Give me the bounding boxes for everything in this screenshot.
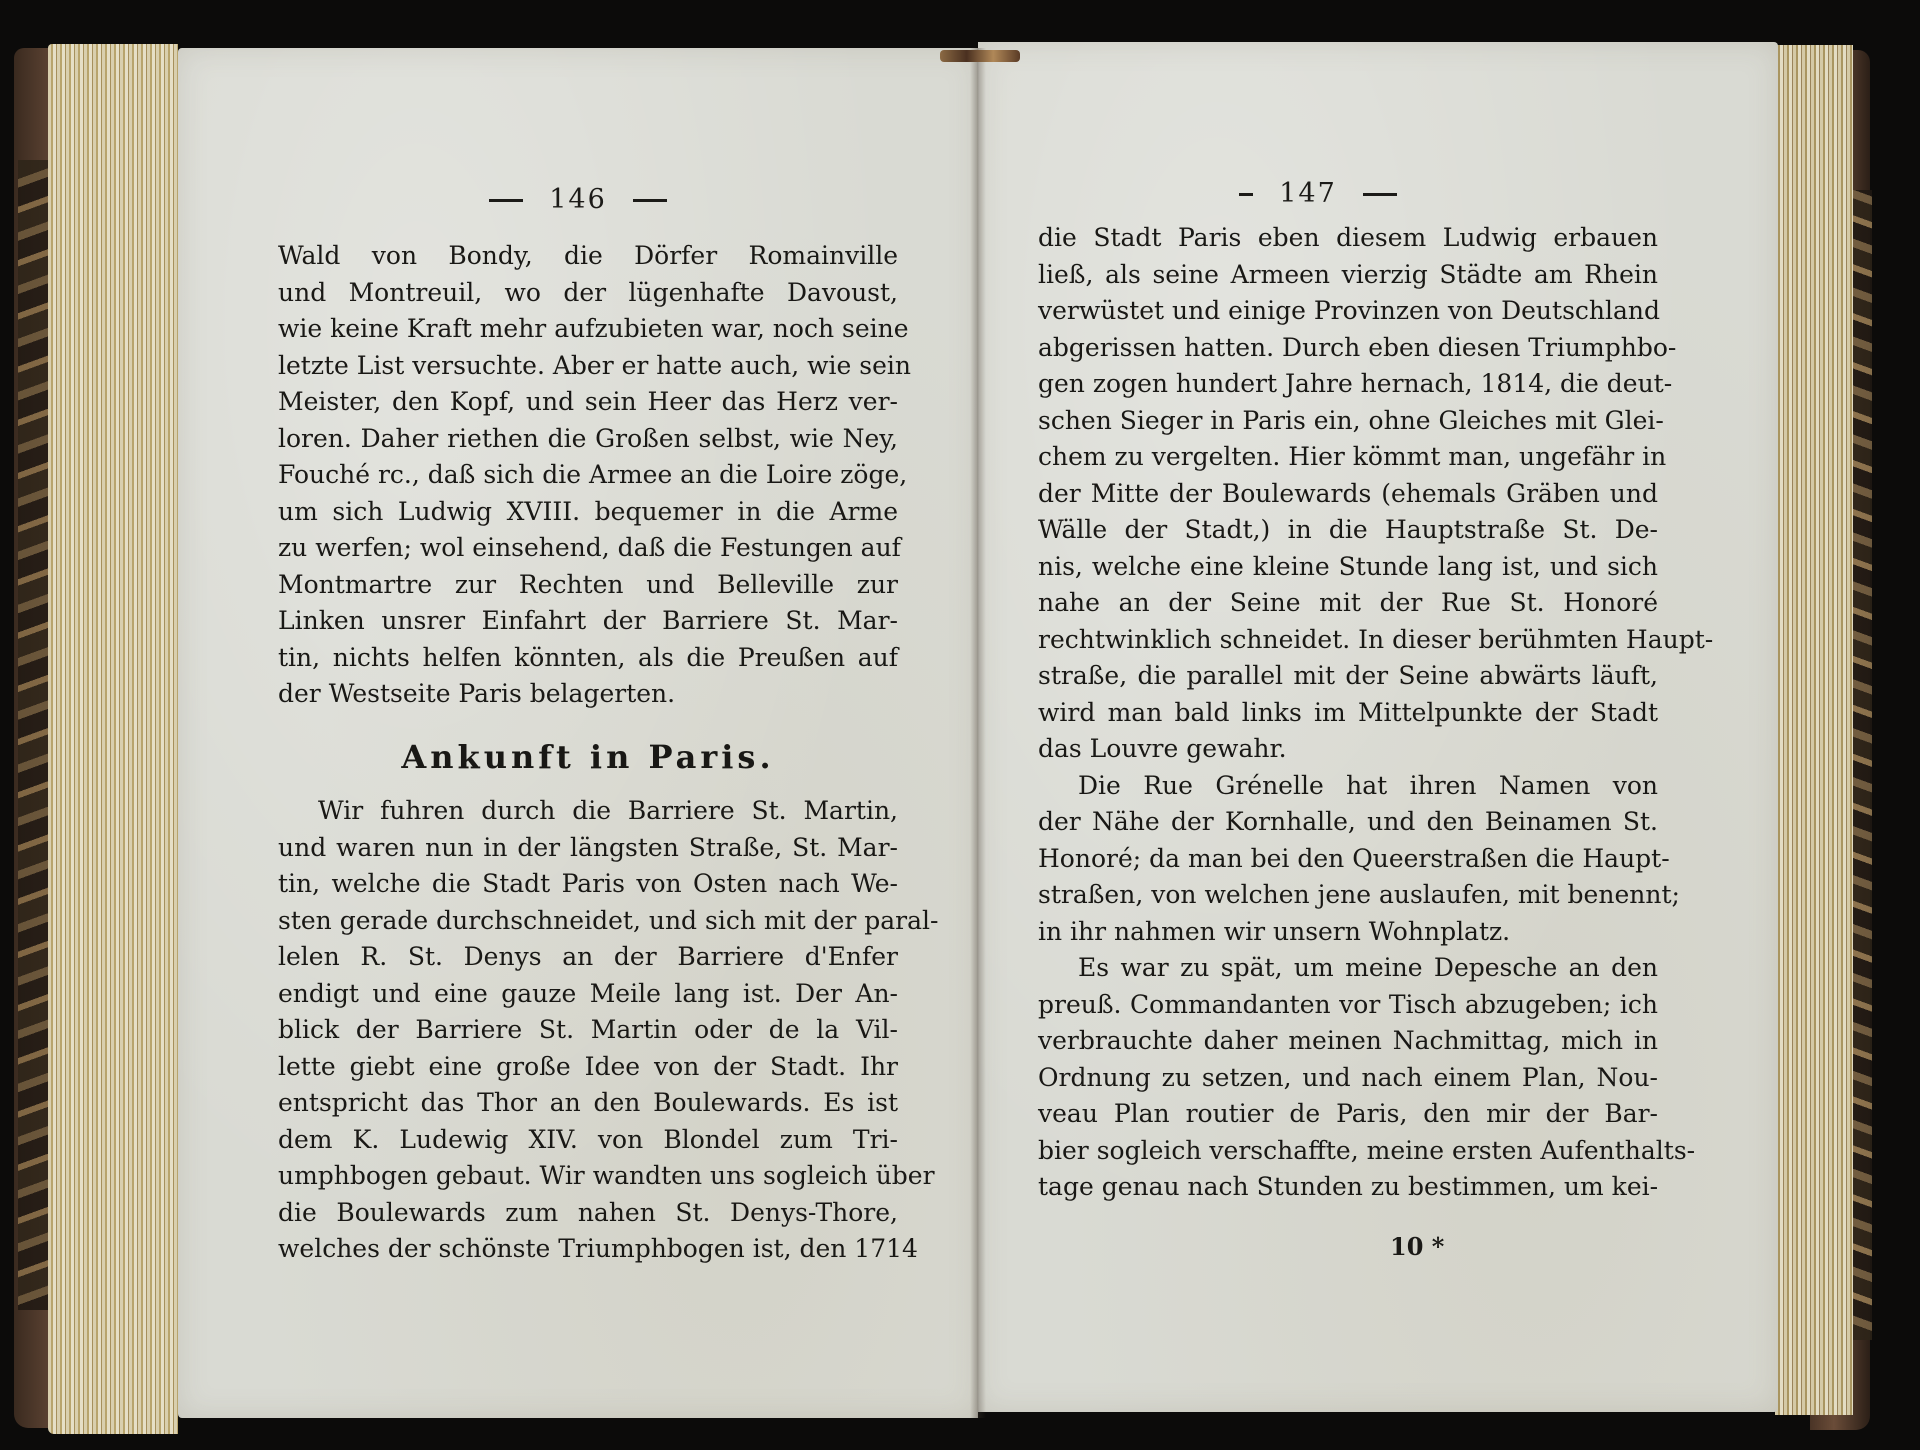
text-line: veau Plan routier de Paris, den mir der … <box>1038 1096 1658 1133</box>
text-line: Es war zu spät, um meine Depesche an den <box>1038 950 1658 987</box>
text-line: lette giebt eine große Idee von der Stad… <box>278 1049 898 1086</box>
text-line: Montmartre zur Rechten und Belleville zu… <box>278 567 898 604</box>
text-line: straßen, von welchen jene auslaufen, mit… <box>1038 877 1658 914</box>
text-line: zu werfen; wol einsehend, daß die Festun… <box>278 530 898 567</box>
left-page: 146 Wald von Bondy, die Dörfer Romainvil… <box>178 48 978 1418</box>
signature-mark: 10 * <box>1390 1232 1444 1261</box>
text-line: bier sogleich verschaffte, meine ersten … <box>1038 1133 1658 1170</box>
spine-headband <box>940 50 1020 62</box>
text-line: schen Sieger in Paris ein, ohne Gleiches… <box>1038 403 1658 440</box>
text-line: gen zogen hundert Jahre hernach, 1814, d… <box>1038 366 1658 403</box>
header-dash <box>633 199 667 202</box>
text-line: verwüstet und einige Provinzen von Deuts… <box>1038 293 1658 330</box>
text-line: wird man bald links im Mittelpunkte der … <box>1038 695 1658 732</box>
text-line: und Montreuil, wo der lügenhafte Davoust… <box>278 275 898 312</box>
text-line: und waren nun in der längsten Straße, St… <box>278 830 898 867</box>
page-number: 147 <box>1279 178 1337 209</box>
text-line: Wald von Bondy, die Dörfer Romainville <box>278 238 898 275</box>
text-line: die Boulewards zum nahen St. Denys-Thore… <box>278 1195 898 1232</box>
header-dash <box>489 199 523 202</box>
text-line: abgerissen hatten. Durch eben diesen Tri… <box>1038 330 1658 367</box>
text-line: um sich Ludwig XVIII. bequemer in die Ar… <box>278 494 898 531</box>
text-line: Wir fuhren durch die Barriere St. Martin… <box>278 793 898 830</box>
text-line: Fouché rc., daß sich die Armee an die Lo… <box>278 457 898 494</box>
text-line: Linken unsrer Einfahrt der Barriere St. … <box>278 603 898 640</box>
text-line: Wälle der Stadt,) in die Hauptstraße St.… <box>1038 512 1658 549</box>
text-line: straße, die parallel mit der Seine abwär… <box>1038 658 1658 695</box>
text-line: rechtwinklich schneidet. In dieser berüh… <box>1038 622 1658 659</box>
text-line: letzte List versuchte. Aber er hatte auc… <box>278 348 898 385</box>
text-line: nahe an der Seine mit der Rue St. Honoré <box>1038 585 1658 622</box>
page-number: 146 <box>549 184 607 215</box>
text-line: chem zu vergelten. Hier kömmt man, ungef… <box>1038 439 1658 476</box>
text-line: der Westseite Paris belagerten. <box>278 676 898 713</box>
text-line: sten gerade durchschneidet, und sich mit… <box>278 903 898 940</box>
header-dash <box>1239 193 1253 196</box>
text-line: Ordnung zu setzen, und nach einem Plan, … <box>1038 1060 1658 1097</box>
text-line: preuß. Commandanten vor Tisch abzugeben;… <box>1038 987 1658 1024</box>
text-line: endigt und eine gauze Meile lang ist. De… <box>278 976 898 1013</box>
text-line: tin, welche die Stadt Paris von Osten na… <box>278 866 898 903</box>
section-heading: Ankunft in Paris. <box>278 739 898 776</box>
text-line: verbrauchte daher meinen Nachmittag, mic… <box>1038 1023 1658 1060</box>
text-line: tin, nichts helfen könnten, als die Preu… <box>278 640 898 677</box>
text-line: tage genau nach Stunden zu bestimmen, um… <box>1038 1169 1658 1206</box>
left-page-body: Wald von Bondy, die Dörfer Romainville u… <box>278 238 898 1268</box>
open-book: 146 Wald von Bondy, die Dörfer Romainvil… <box>0 0 1920 1450</box>
right-page-body: die Stadt Paris eben diesem Ludwig erbau… <box>1038 220 1658 1206</box>
text-line: Die Rue Grénelle hat ihren Namen von <box>1038 768 1658 805</box>
text-line: nis, welche eine kleine Stunde lang ist,… <box>1038 549 1658 586</box>
right-page: 147 die Stadt Paris eben diesem Ludwig e… <box>978 42 1778 1412</box>
text-line: Meister, den Kopf, und sein Heer das Her… <box>278 384 898 421</box>
text-line: die Stadt Paris eben diesem Ludwig erbau… <box>1038 220 1658 257</box>
text-line: lelen R. St. Denys an der Barriere d'Enf… <box>278 939 898 976</box>
text-line: blick der Barriere St. Martin oder de la… <box>278 1012 898 1049</box>
text-line: ließ, als seine Armeen vierzig Städte am… <box>1038 257 1658 294</box>
text-line: umphbogen gebaut. Wir wandten uns soglei… <box>278 1158 898 1195</box>
text-line: Honoré; da man bei den Queerstraßen die … <box>1038 841 1658 878</box>
text-line: das Louvre gewahr. <box>1038 731 1658 768</box>
page-edges-left <box>48 44 178 1434</box>
text-line: der Mitte der Boulewards (ehemals Gräben… <box>1038 476 1658 513</box>
text-line: in ihr nahmen wir unsern Wohnplatz. <box>1038 914 1658 951</box>
text-line: welches der schönste Triumphbogen ist, d… <box>278 1231 898 1268</box>
marbled-board-right <box>1850 190 1872 1340</box>
text-line: dem K. Ludewig XIV. von Blondel zum Tri- <box>278 1122 898 1159</box>
marbled-board-left <box>18 160 50 1310</box>
page-header-right: 147 <box>918 178 1718 209</box>
text-line: entspricht das Thor an den Boulewards. E… <box>278 1085 898 1122</box>
text-line: wie keine Kraft mehr aufzubieten war, no… <box>278 311 898 348</box>
header-dash <box>1363 193 1397 196</box>
book-gutter <box>970 48 986 1418</box>
page-edges-right <box>1775 45 1853 1415</box>
text-line: der Nähe der Kornhalle, und den Beinamen… <box>1038 804 1658 841</box>
page-header-left: 146 <box>178 184 978 215</box>
text-line: loren. Daher riethen die Großen selbst, … <box>278 421 898 458</box>
